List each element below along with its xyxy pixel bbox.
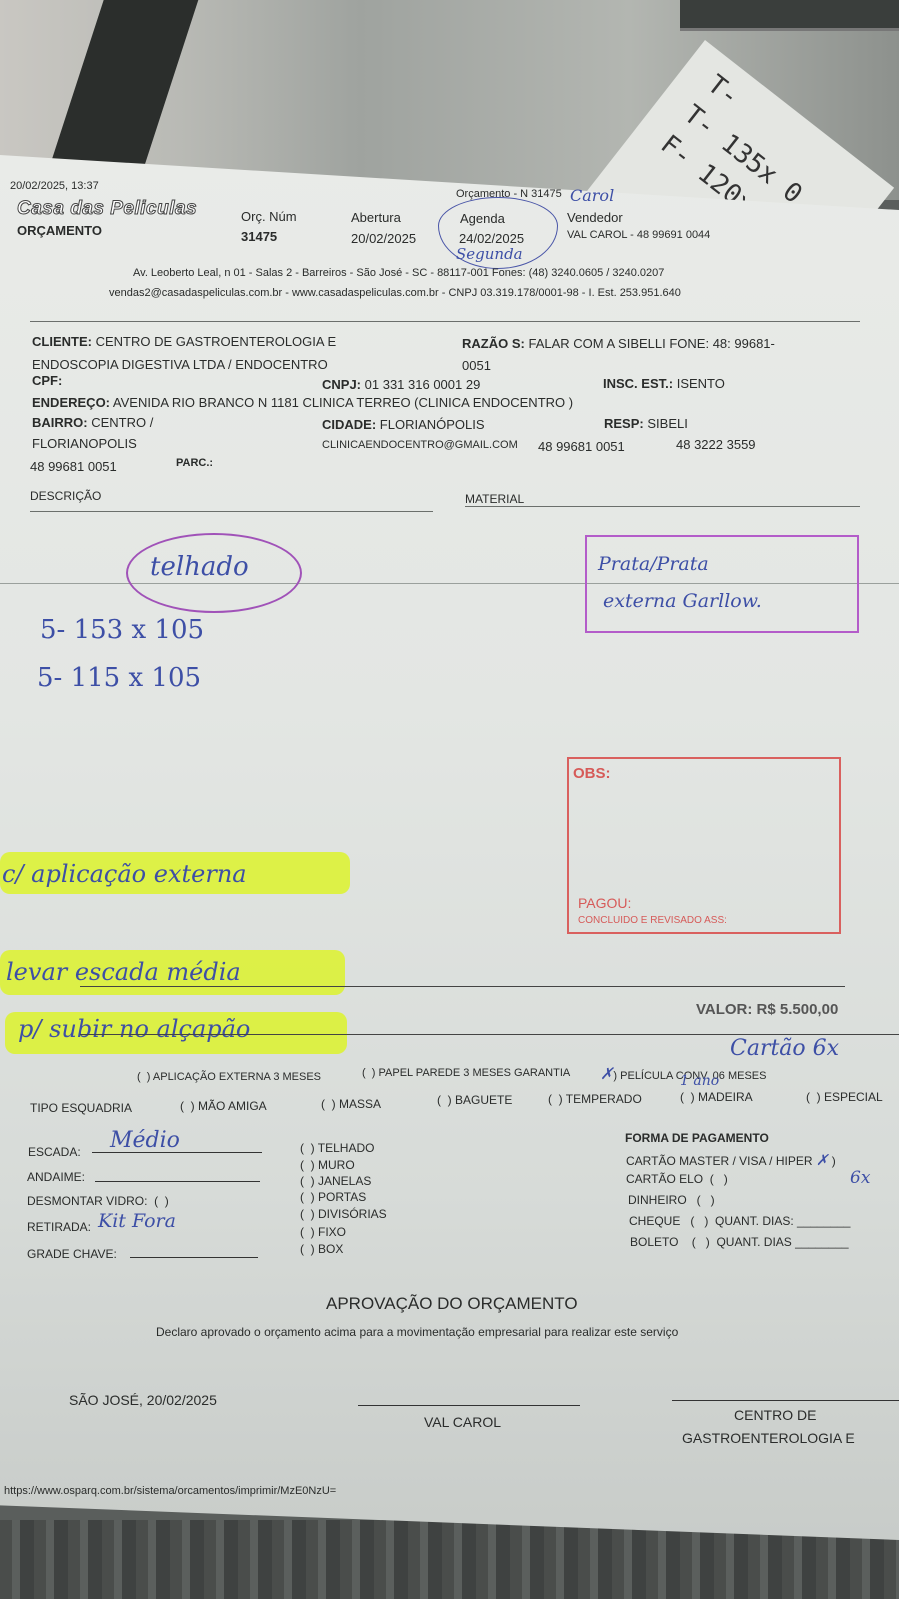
note-rule-2	[80, 1034, 899, 1035]
valor-total: VALOR: R$ 5.500,00	[696, 1001, 838, 1018]
print-url: https://www.osparq.com.br/sistema/orcame…	[4, 1485, 336, 1497]
local-muro[interactable]: ( ) MURO	[300, 1158, 355, 1172]
vendor-signature-line[interactable]	[358, 1405, 580, 1406]
esquadria-madeira[interactable]: ( ) MADEIRA	[680, 1090, 753, 1104]
cidade-field: CIDADE: FLORIANÓPOLIS	[322, 417, 485, 432]
aprovacao-declaration: Declaro aprovado o orçamento acima para …	[156, 1325, 678, 1339]
insc-field: INSC. EST.: ISENTO	[603, 376, 725, 391]
endereco-field: ENDEREÇO: AVENIDA RIO BRANCO N 1181 CLIN…	[32, 395, 573, 410]
resp-field: RESP: SIBELI	[604, 416, 688, 431]
pagamento-cartao-elo[interactable]: CARTÃO ELO ( )	[626, 1172, 728, 1186]
doc-type: ORÇAMENTO	[17, 223, 102, 238]
note-rule-1	[80, 986, 845, 987]
cnpj-field: CNPJ: 01 331 316 0001 29	[322, 377, 480, 392]
cliente-row1: CLIENTE: CENTRO DE GASTROENTEROLOGIA E	[32, 334, 336, 349]
company-contact: vendas2@casadaspeliculas.com.br - www.ca…	[109, 287, 681, 299]
vendedor-value: VAL CAROL - 48 99691 0044	[567, 229, 710, 241]
escada-value[interactable]: Médio	[110, 1128, 180, 1153]
note-line3: p/ subir no alçapão	[18, 1015, 250, 1043]
grade-label: GRADE CHAVE:	[27, 1247, 117, 1261]
andaime-rule[interactable]	[95, 1181, 260, 1182]
client-email: CLINICAENDOCENTRO@GMAIL.COM	[322, 439, 518, 451]
material-line1: Prata/Prata	[598, 553, 709, 575]
check-mark-icon: ✗	[816, 1151, 829, 1169]
descricao-line1: 5- 153 x 105	[40, 615, 204, 645]
cliente-row2: ENDOSCOPIA DIGESTIVA LTDA / ENDOCENTRO	[32, 357, 328, 372]
material-line2: externa Garllow.	[603, 590, 762, 612]
esquadria-massa[interactable]: ( ) MASSA	[321, 1097, 381, 1111]
local-portas[interactable]: ( ) PORTAS	[300, 1190, 366, 1204]
print-timestamp: 20/02/2025, 13:37	[10, 180, 99, 192]
descricao-title: telhado	[150, 552, 249, 582]
note-line1: c/ aplicação externa	[2, 860, 247, 888]
razao-row1: RAZÃO S: FALAR COM A SIBELLI FONE: 48: 9…	[462, 336, 775, 351]
aprovacao-title: APROVAÇÃO DO ORÇAMENTO	[326, 1294, 578, 1314]
agenda-label: Agenda	[460, 211, 505, 226]
place-date: SÃO JOSÉ, 20/02/2025	[69, 1392, 217, 1408]
material-label: MATERIAL	[465, 492, 524, 506]
vendedor-label: Vendedor	[567, 210, 623, 225]
header-divider	[30, 321, 860, 322]
pagamento-dinheiro[interactable]: DINHEIRO ( )	[628, 1193, 715, 1207]
agenda-date: 24/02/2025	[459, 231, 524, 246]
warranty-option-2[interactable]: ( ) PAPEL PAREDE 3 MESES GARANTIA	[362, 1067, 570, 1079]
esquadria-mao-amiga[interactable]: ( ) MÃO AMIGA	[180, 1099, 267, 1113]
esquadria-especial[interactable]: ( ) ESPECIAL	[806, 1090, 883, 1104]
orc-num-label: Orç. Núm	[241, 209, 297, 224]
vendedor-handwritten: Carol	[570, 186, 614, 205]
cartao-master-note: 6x	[850, 1168, 870, 1188]
esquadria-temperado[interactable]: ( ) TEMPERADO	[548, 1092, 642, 1106]
local-box[interactable]: ( ) BOX	[300, 1242, 343, 1256]
client-phone1: 48 99681 0051	[538, 439, 625, 454]
desk-device	[680, 0, 899, 31]
descricao-rule	[30, 511, 433, 512]
vendor-signature-name: VAL CAROL	[424, 1414, 501, 1430]
client-phone3: 48 99681 0051	[30, 459, 117, 474]
local-telhado[interactable]: ( ) TELHADO	[300, 1141, 374, 1155]
bairro-line2: FLORIANOPOLIS	[32, 436, 137, 451]
client-phone2: 48 3222 3559	[676, 437, 756, 452]
obs-label: OBS:	[573, 765, 611, 782]
cpf-label: CPF:	[32, 373, 62, 388]
local-janelas[interactable]: ( ) JANELAS	[300, 1174, 371, 1188]
abertura-date: 20/02/2025	[351, 231, 416, 246]
descricao-label: DESCRIÇÃO	[30, 489, 101, 503]
esquadria-baguete[interactable]: ( ) BAGUETE	[437, 1093, 512, 1107]
check-mark-icon: ✗	[600, 1064, 613, 1083]
warranty-under-note: 1 ano	[680, 1073, 719, 1089]
abertura-label: Abertura	[351, 210, 401, 225]
pagamento-cartao-master[interactable]: CARTÃO MASTER / VISA / HIPER ✗ )	[626, 1151, 836, 1169]
pagamento-title: FORMA DE PAGAMENTO	[625, 1131, 769, 1145]
client-signature-name-1: CENTRO DE	[734, 1407, 816, 1423]
concluido-label: CONCLUIDO E REVISADO ASS:	[578, 915, 727, 926]
pagamento-boleto[interactable]: BOLETO ( ) QUANT. DIAS ________	[630, 1235, 849, 1249]
orc-num: 31475	[241, 229, 277, 244]
material-rule	[465, 506, 860, 507]
grade-rule[interactable]	[130, 1257, 258, 1258]
note-line2: levar escada média	[6, 958, 241, 986]
client-signature-line[interactable]	[672, 1400, 899, 1401]
material-box-mark	[585, 535, 859, 633]
pagamento-cheque[interactable]: CHEQUE ( ) QUANT. DIAS: ________	[629, 1214, 850, 1228]
warranty-note: Cartão 6x	[730, 1036, 839, 1061]
esquadria-label: TIPO ESQUADRIA	[30, 1101, 132, 1115]
agenda-handwritten: Segunda	[456, 245, 523, 263]
retirada-label: RETIRADA:	[27, 1220, 91, 1234]
local-divisorias[interactable]: ( ) DIVISÓRIAS	[300, 1207, 387, 1221]
retirada-value[interactable]: Kit Fora	[98, 1210, 176, 1232]
company-address: Av. Leoberto Leal, n 01 - Salas 2 - Barr…	[133, 267, 664, 279]
descricao-line2: 5- 115 x 105	[37, 663, 201, 693]
desmontar-field[interactable]: DESMONTAR VIDRO: ( )	[27, 1194, 169, 1208]
local-fixo[interactable]: ( ) FIXO	[300, 1225, 346, 1239]
andaime-label: ANDAIME:	[27, 1170, 85, 1184]
warranty-option-1[interactable]: ( ) APLICAÇÃO EXTERNA 3 MESES	[137, 1071, 321, 1083]
brand-logo: Casa das Peliculas	[17, 198, 197, 220]
pagou-label: PAGOU:	[578, 895, 631, 911]
bairro-field: BAIRRO: CENTRO /	[32, 415, 153, 430]
escada-label: ESCADA:	[28, 1145, 81, 1159]
parc-label: PARC.:	[176, 457, 213, 469]
razao-row2: 0051	[462, 358, 491, 373]
client-signature-name-2: GASTROENTEROLOGIA E	[682, 1430, 855, 1446]
